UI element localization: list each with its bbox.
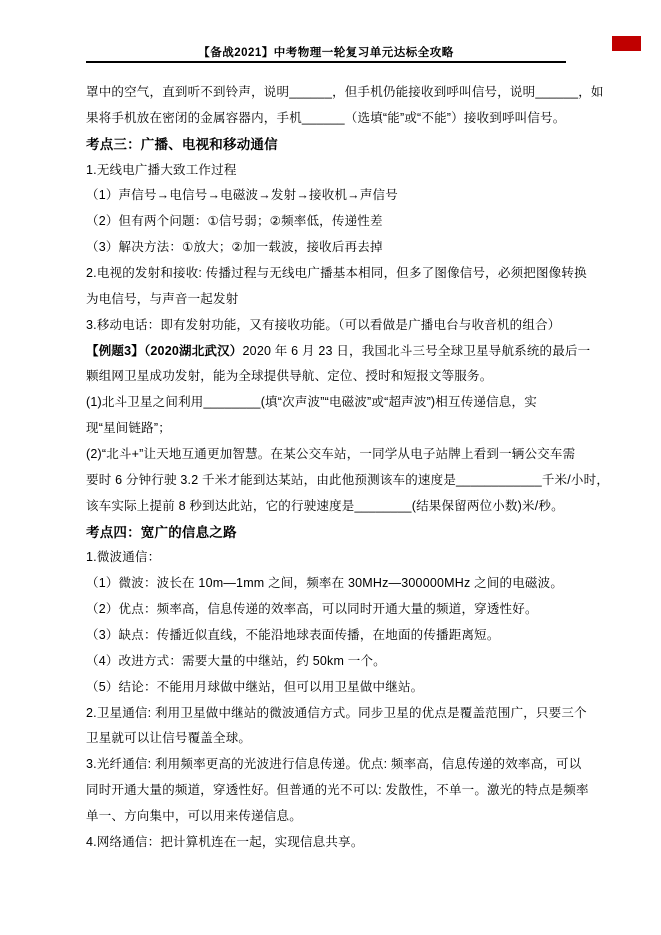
- header-rule: [86, 61, 566, 63]
- text-line: 果将手机放在密闭的金属容器内，手机______（选填“能”或“不能”）接收到呼叫…: [86, 106, 586, 132]
- text-line: 2.卫星通信: 利用卫星做中继站的微波通信方式。同步卫星的优点是覆盖范围广，只要…: [86, 701, 586, 727]
- text-line: 1.无线电广播大致工作过程: [86, 158, 586, 184]
- text-line: 4.网络通信：把计算机连在一起，实现信息共享。: [86, 830, 586, 856]
- text-line: （3）缺点：传播近似直线，不能沿地球表面传播，在地面的传播距离短。: [86, 623, 586, 649]
- text-line: 要时 6 分钟行驶 3.2 千米才能到达某站，由此他预测该车的速度是______…: [86, 468, 586, 494]
- text-line: (1)北斗卫星之间利用________(填“次声波”“电磁波”或“超声波”)相互…: [86, 390, 586, 416]
- document-page: 【备战2021】中考物理一轮复习单元达标全攻略 罩中的空气，直到听不到铃声，说明…: [0, 0, 661, 935]
- text-line: （2）但有两个问题：①信号弱；②频率低，传递性差: [86, 209, 586, 235]
- text-line: 颗组网卫星成功发射，能为全球提供导航、定位、授时和短报文等服务。: [86, 364, 586, 390]
- text-line: （4）改进方式：需要大量的中继站，约 50km 一个。: [86, 649, 586, 675]
- example-heading-line: 【例题3】（2020湖北武汉）2020 年 6 月 23 日，我国北斗三号全球卫…: [86, 339, 586, 365]
- text-line: 单一、方向集中，可以用来传递信息。: [86, 804, 586, 830]
- section-heading-kaodian4: 考点四：宽广的信息之路: [86, 520, 586, 546]
- section-heading-kaodian3: 考点三：广播、电视和移动通信: [86, 132, 586, 158]
- page-header-title: 【备战2021】中考物理一轮复习单元达标全攻略: [86, 44, 566, 60]
- example-text: 2020 年 6 月 23 日，我国北斗三号全球卫星导航系统的最后一: [243, 344, 591, 358]
- text-line: 为电信号，与声音一起发射: [86, 287, 586, 313]
- text-line: （1）微波：波长在 10m—1mm 之间，频率在 30MHz—300000MHz…: [86, 571, 586, 597]
- text-line: 该车实际上提前 8 秒到达此站，它的行驶速度是________(结果保留两位小数…: [86, 494, 586, 520]
- text-line: (2)“北斗+”让天地互通更加智慧。在某公交车站，一同学从电子站牌上看到一辆公交…: [86, 442, 586, 468]
- red-flag-badge: [612, 36, 641, 51]
- document-body: 罩中的空气，直到听不到铃声，说明______，但手机仍能接收到呼叫信号，说明__…: [86, 80, 586, 856]
- text-line: 1.微波通信：: [86, 545, 586, 571]
- text-line: （3）解决方法：①放大；②加一载波，接收后再去掉: [86, 235, 586, 261]
- text-line: 3.光纤通信: 利用频率更高的光波进行信息传递。优点: 频率高，信息传递的效率高…: [86, 752, 586, 778]
- text-line: 卫星就可以让信号覆盖全球。: [86, 726, 586, 752]
- example-label: 【例题3】（2020湖北武汉）: [86, 344, 243, 358]
- text-line: （2）优点：频率高，信息传递的效率高，可以同时开通大量的频道，穿透性好。: [86, 597, 586, 623]
- text-line: 罩中的空气，直到听不到铃声，说明______，但手机仍能接收到呼叫信号，说明__…: [86, 80, 586, 106]
- text-line: 3.移动电话：即有发射功能，又有接收功能。（可以看做是广播电台与收音机的组合）: [86, 313, 586, 339]
- text-line: （5）结论：不能用月球做中继站，但可以用卫星做中继站。: [86, 675, 586, 701]
- text-line: 2.电视的发射和接收: 传播过程与无线电广播基本相同，但多了图像信号，必须把图像…: [86, 261, 586, 287]
- text-line: 同时开通大量的频道，穿透性好。但普通的光不可以: 发散性，不单一。激光的特点是频…: [86, 778, 586, 804]
- text-line: （1）声信号→电信号→电磁波→发射→接收机→声信号: [86, 183, 586, 209]
- text-line: 现“星间链路”；: [86, 416, 586, 442]
